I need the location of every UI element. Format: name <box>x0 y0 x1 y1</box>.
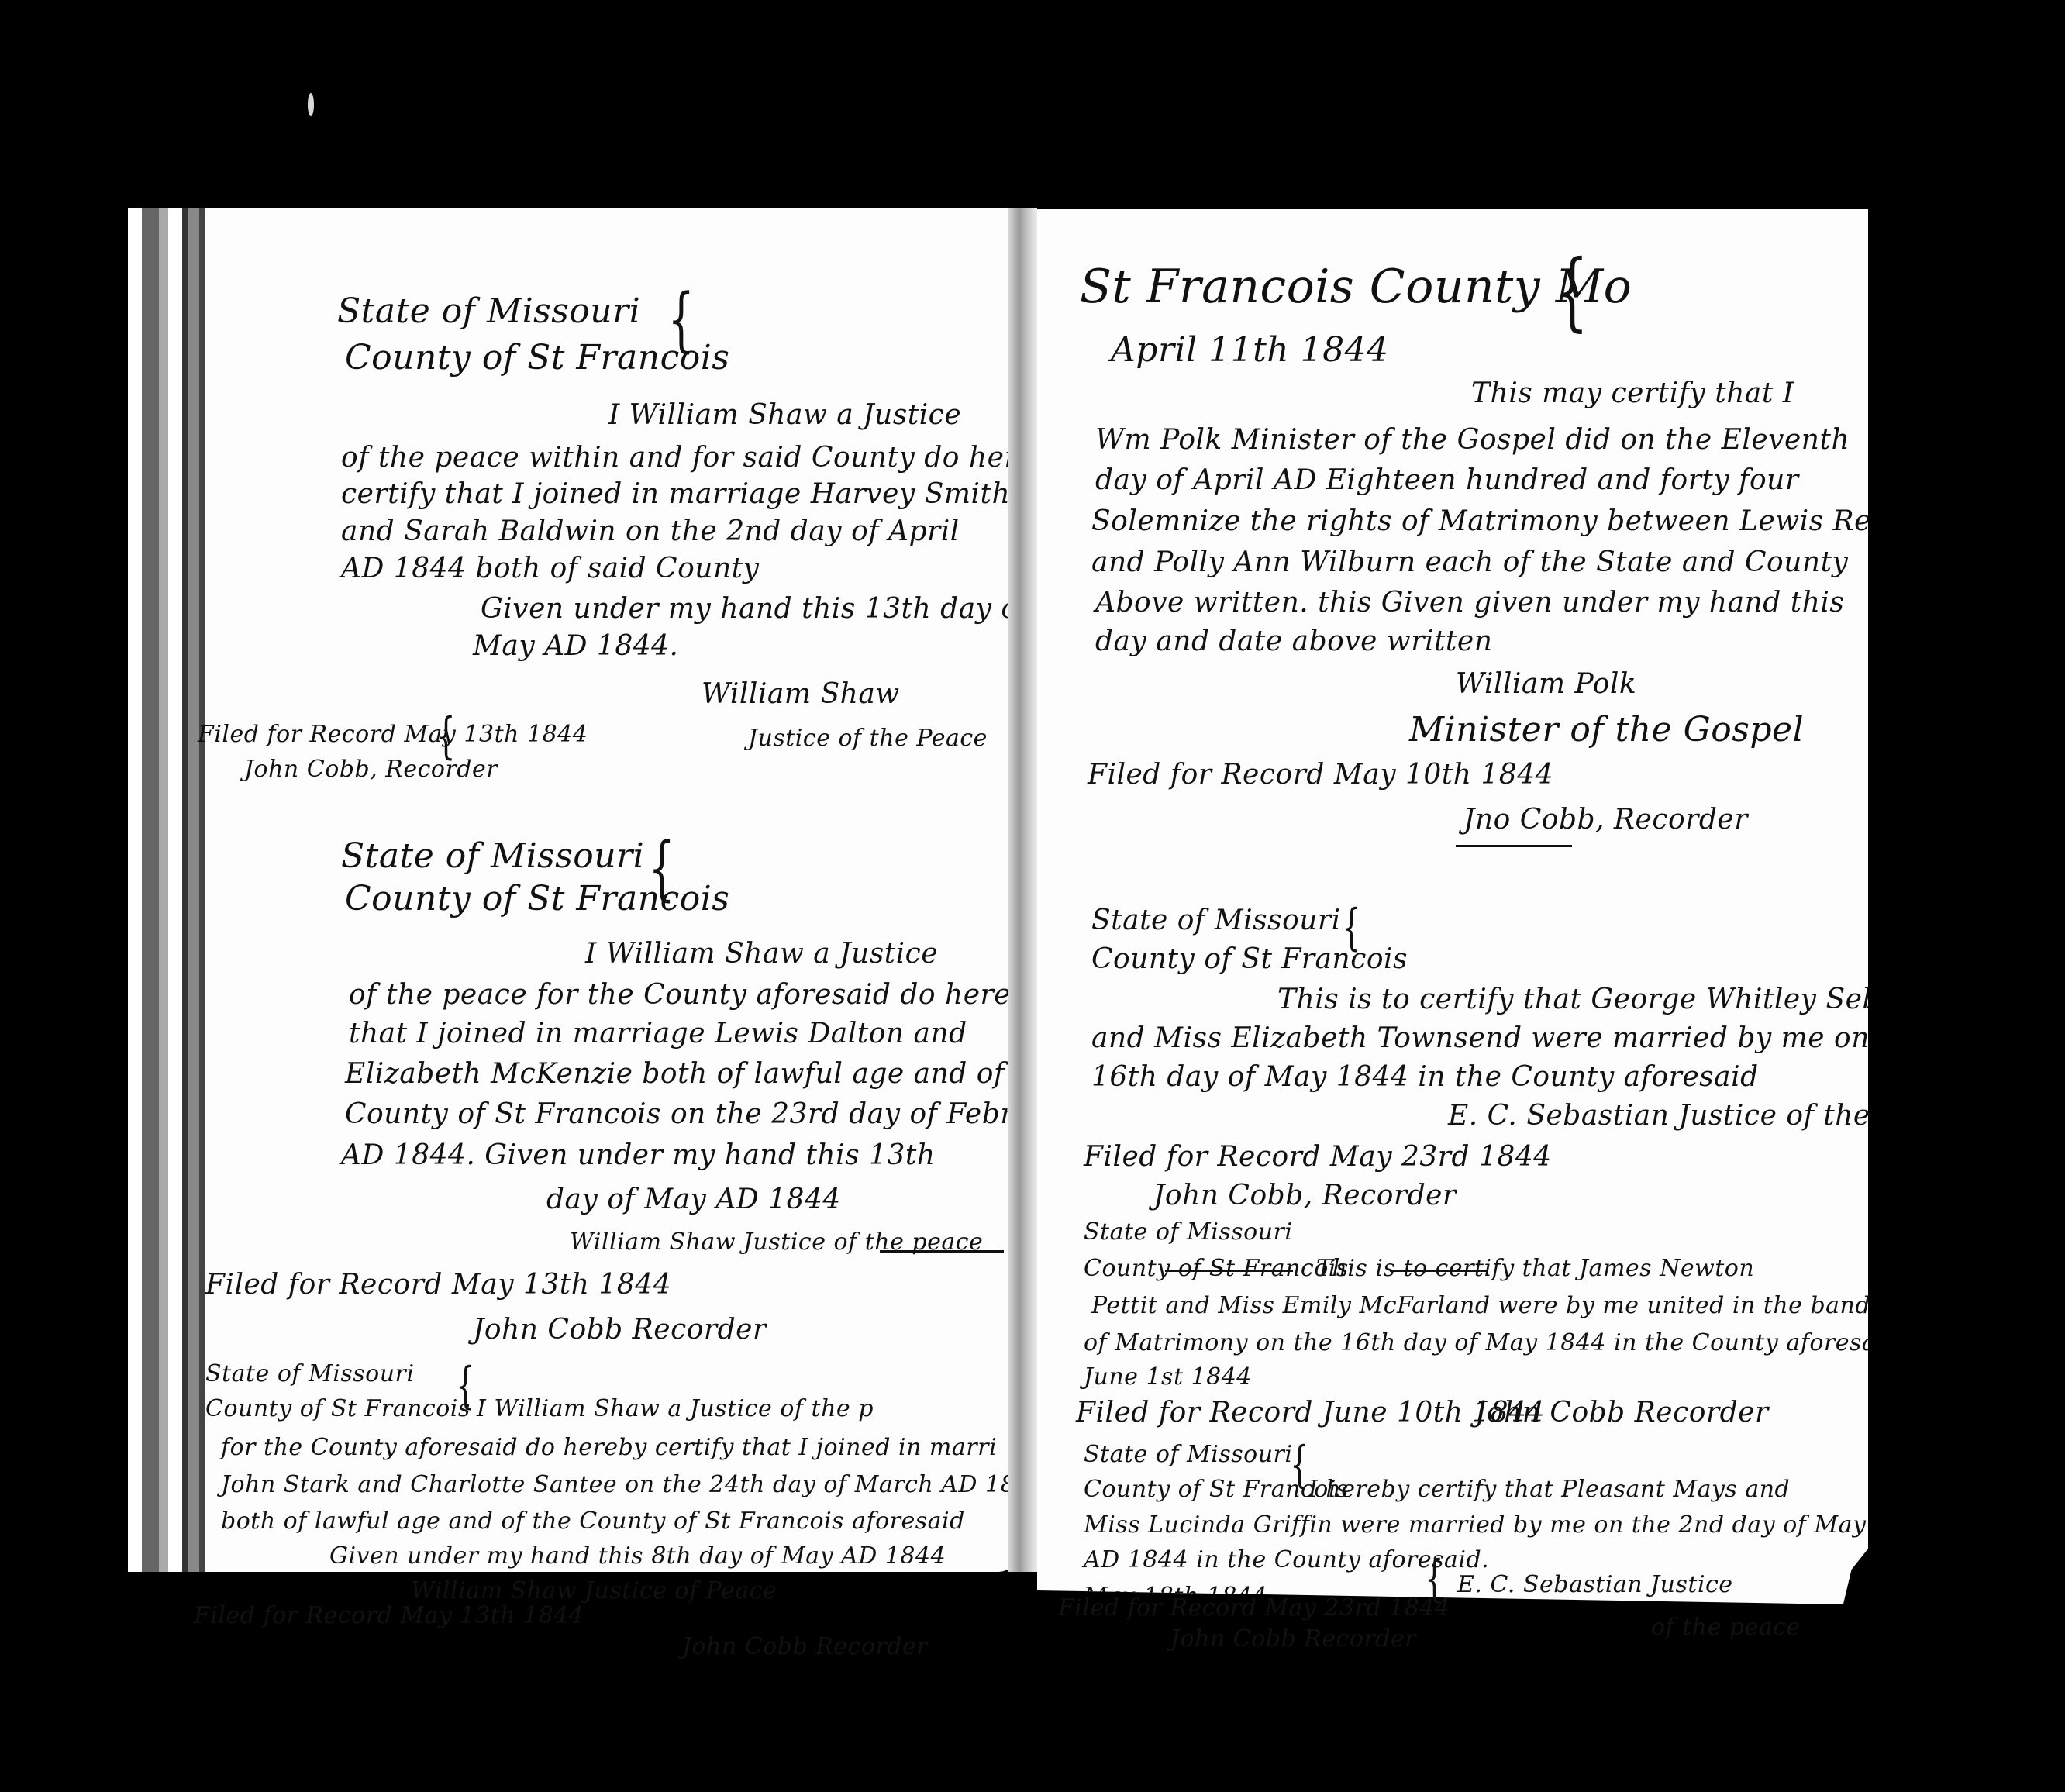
filed-for-record: Filed for Record May 23rd 1844 <box>1084 1143 1552 1171</box>
filed-for-record: Filed for Record May 10th 1844 <box>1088 761 1553 789</box>
entry-line: This is to certify that George Whitley S… <box>1277 986 1969 1014</box>
caption-county: County of St Francois <box>205 1397 471 1421</box>
entry-line: Given under my hand this 13th day of <box>481 595 1029 623</box>
caption-county: St Francois County Mo <box>1080 264 1632 310</box>
book-gutter <box>1008 208 1037 1572</box>
entry-line: certify that I joined in marriage Harvey… <box>341 481 1010 508</box>
recorder: John Cobb, Recorder <box>1153 1182 1457 1210</box>
caption-county: County of St Francois <box>1084 1257 1349 1280</box>
entry-line: Above written. this Given given under my… <box>1095 589 1844 617</box>
entry-line: Miss Lucinda Griffin were married by me … <box>1084 1514 1866 1537</box>
strikethrough-rule <box>1165 1270 1293 1272</box>
caption-state: State of Missouri <box>337 295 640 329</box>
underline-rule <box>880 1250 1004 1253</box>
signature: William Shaw Justice of Peace <box>411 1580 777 1603</box>
filed-for-record: Filed for Record May 13th 1844 <box>194 1604 584 1628</box>
page-edges <box>128 208 213 1572</box>
signature-title: Justice of the Peace <box>748 727 988 750</box>
recorder: John Cobb Recorder <box>473 1316 767 1344</box>
signature-title: of the peace <box>1651 1616 1801 1639</box>
recorder: John Cobb, Recorder <box>244 758 498 781</box>
brace: { <box>1556 248 1588 333</box>
entry-line: of the peace within and for said County … <box>341 444 1035 472</box>
entry-line: Elizabeth McKenzie both of lawful age an… <box>345 1060 1060 1088</box>
entry-line: and Sarah Baldwin on the 2nd day of Apri… <box>341 518 960 546</box>
caption-state: State of Missouri <box>341 839 644 874</box>
left-page: State of Missouri County of St Francois … <box>205 208 1021 1572</box>
entry-line: of Matrimony on the 16th day of May 1844… <box>1084 1332 1899 1355</box>
right-page: St Francois County Mo { April 11th 1844 … <box>1037 209 1868 1604</box>
entry-line: This may certify that I <box>1471 380 1794 408</box>
brace: { <box>1342 903 1360 953</box>
entry-line: County of St Francois on the 23rd day of… <box>345 1101 1079 1129</box>
caption-state: State of Missouri <box>205 1363 414 1386</box>
caption-state: State of Missouri <box>1091 907 1341 935</box>
filed-for-record: Filed for Record May 23rd 1844 <box>1058 1597 1450 1620</box>
entry-line: AD 1844 both of said County <box>341 555 759 583</box>
brace: { <box>648 834 674 904</box>
entry-line: 16th day of May 1844 in the County afore… <box>1091 1063 1759 1091</box>
entry-line: Solemnize the rights of Matrimony betwee… <box>1091 508 1941 536</box>
entry-line: John Stark and Charlotte Santee on the 2… <box>221 1473 1015 1497</box>
filed-for-record: Filed for Record May 13th 1844 <box>205 1271 671 1299</box>
entry-line: and Polly Ann Wilburn each of the State … <box>1091 549 1848 577</box>
entry-line: This is to certify that James Newton <box>1316 1257 1754 1280</box>
entry-line: I William Shaw a Justice <box>608 401 961 429</box>
entry-line: I hereby certify that Pleasant Mays and <box>1308 1478 1790 1501</box>
caption-date: April 11th 1844 <box>1111 333 1389 367</box>
brace: { <box>456 1361 474 1411</box>
caption-state: State of Missouri <box>1084 1443 1292 1466</box>
entry-line: Pettit and Miss Emily McFarland were by … <box>1091 1294 1870 1318</box>
filed-for-record: Filed for Record May 13th 1844 <box>198 723 588 746</box>
caption-state: State of Missouri <box>1084 1221 1292 1244</box>
signature-title: Minister of the Gospel <box>1409 713 1804 747</box>
film-speck <box>308 93 314 116</box>
entry-line: Given under my hand this 8th day of May … <box>329 1545 946 1568</box>
brace: { <box>1290 1440 1308 1490</box>
entry-line: AD 1844. Given under my hand this 13th <box>341 1142 936 1170</box>
entry-line: I William Shaw a Justice <box>585 940 938 968</box>
recorder: John Cobb Recorder <box>1170 1628 1416 1651</box>
entry-line: Wm Polk Minister of the Gospel did on th… <box>1095 426 1850 454</box>
entry-line: day of April AD Eighteen hundred and for… <box>1095 467 1799 495</box>
recorder: John Cobb Recorder <box>1475 1399 1769 1427</box>
entry-line: June 1st 1844 <box>1084 1366 1252 1389</box>
entry-line: May AD 1844. <box>473 632 678 660</box>
brace: { <box>667 285 694 355</box>
entry-line: day and date above written <box>1095 628 1492 656</box>
flourish-rule <box>1456 845 1572 847</box>
strikethrough-rule <box>1390 1270 1487 1272</box>
signature: E. C. Sebastian Justice <box>1457 1573 1733 1597</box>
entry-line: day of May AD 1844 <box>546 1186 841 1214</box>
brace: { <box>436 712 455 761</box>
entry-line: I William Shaw a Justice of the p <box>477 1397 874 1421</box>
entry-line: both of lawful age and of the County of … <box>221 1510 965 1533</box>
recorder: Jno Cobb, Recorder <box>1463 806 1748 834</box>
signature: William Shaw <box>702 681 900 708</box>
signature: William Polk <box>1456 670 1636 698</box>
recorder: John Cobb Recorder <box>682 1635 928 1659</box>
signature: E. C. Sebastian Justice of the Peace <box>1448 1102 1964 1130</box>
entry-line: and Miss Elizabeth Townsend were married… <box>1091 1025 1925 1053</box>
entry-line: for the County aforesaid do hereby certi… <box>221 1436 997 1459</box>
entry-line: that I joined in marriage Lewis Dalton a… <box>349 1020 967 1048</box>
